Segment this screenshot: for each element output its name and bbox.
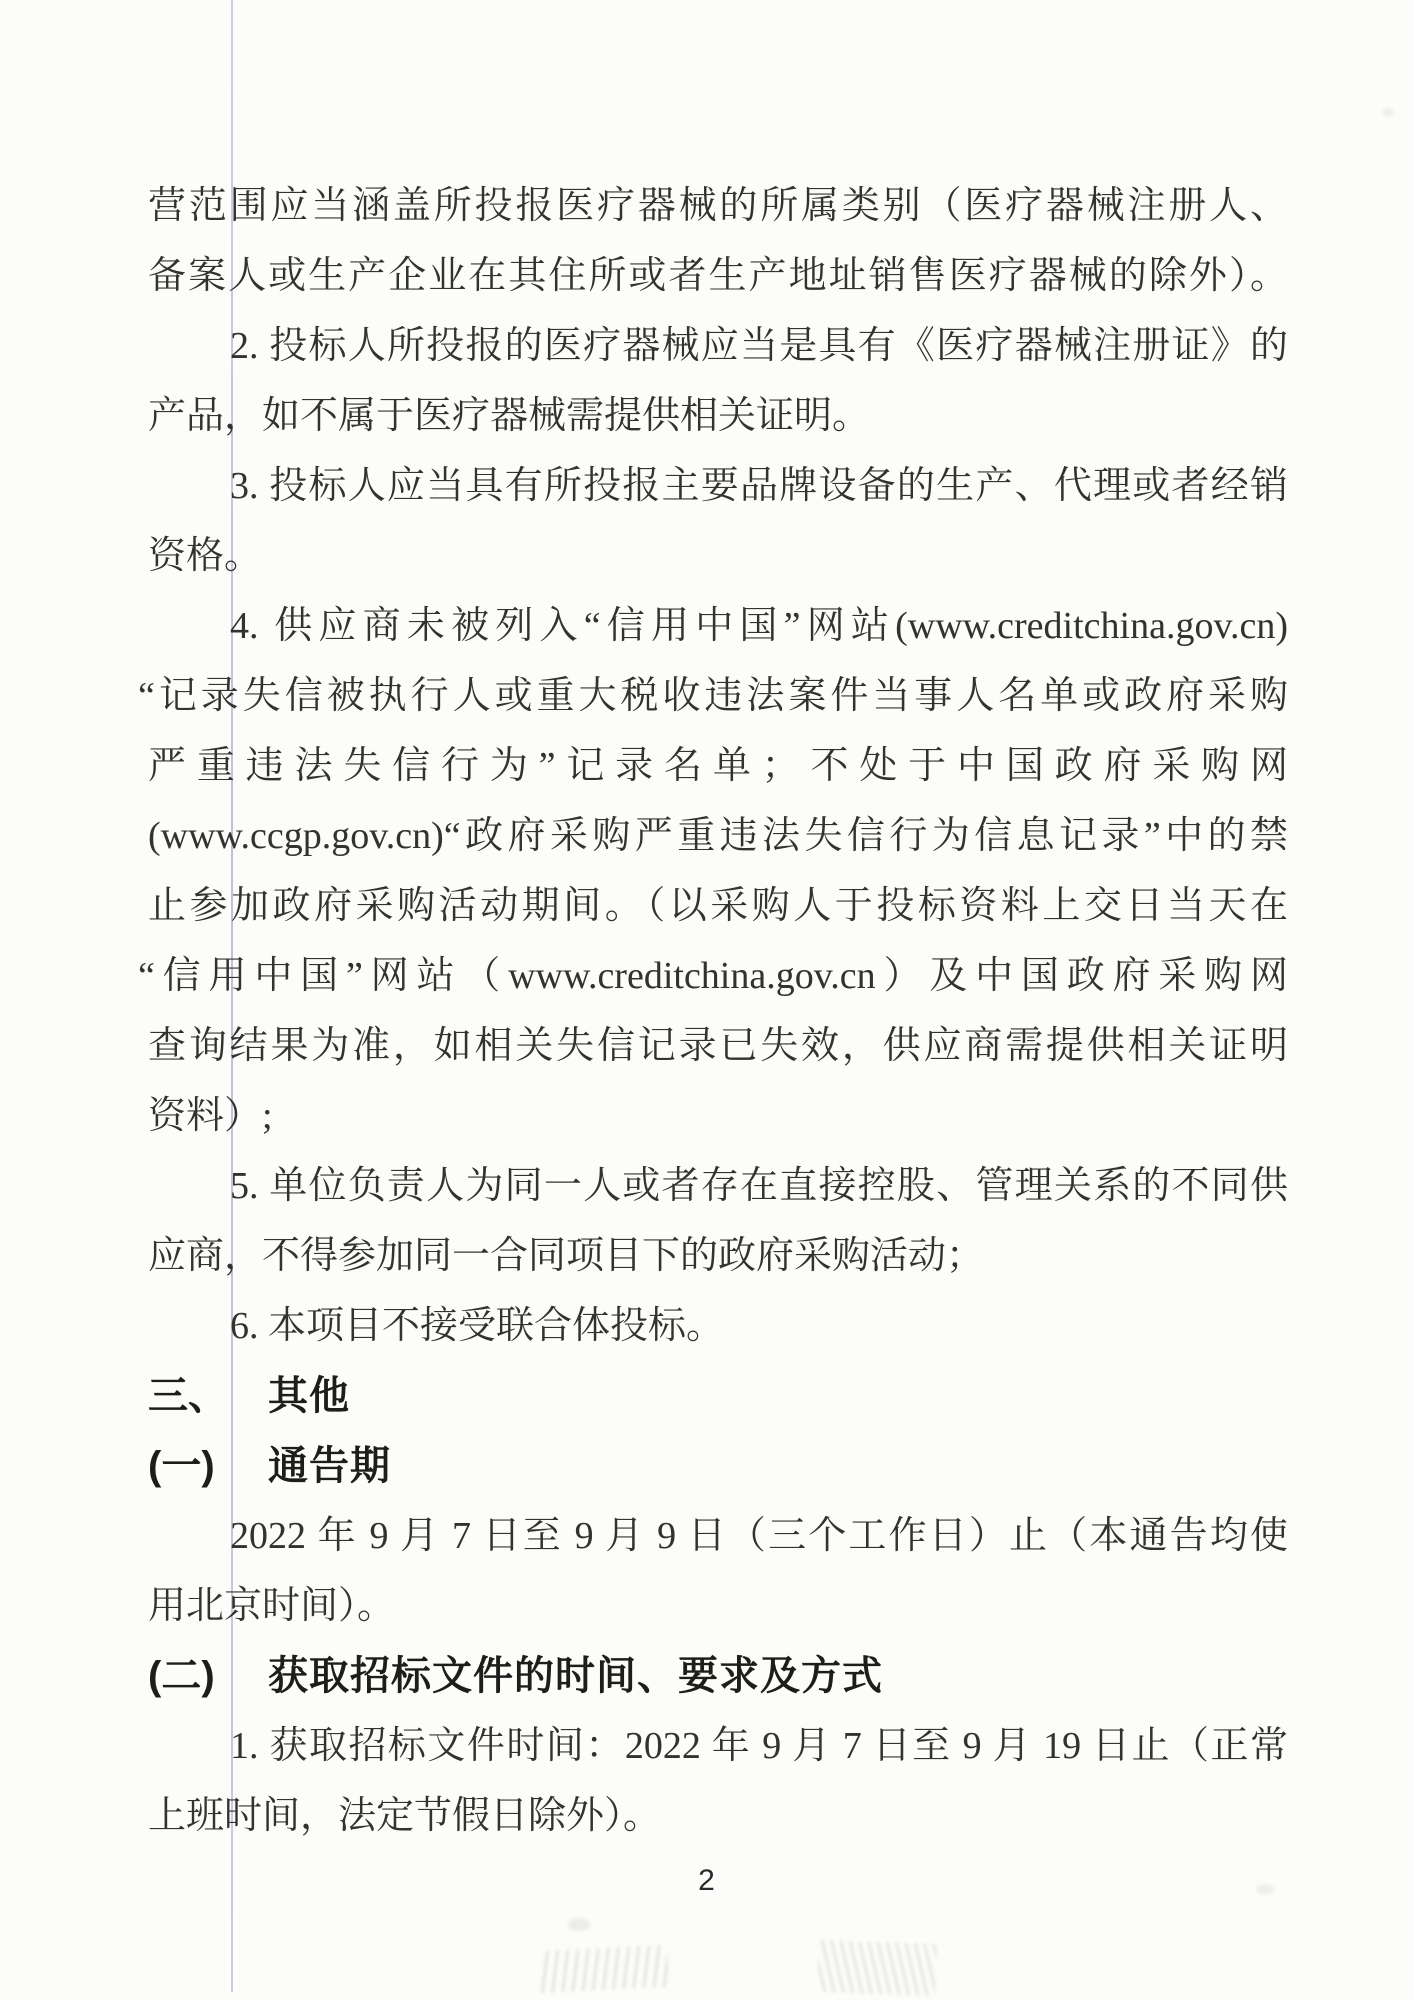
doc-line: 用北京时间）。 (148, 1571, 1288, 1641)
ink-bleed-mark (568, 1918, 590, 1931)
doc-line: 资料）; (148, 1081, 1288, 1151)
doc-line: 资格。 (148, 521, 1288, 591)
doc-line: (www.ccgp.gov.cn)“政府采购严重违法失信行为信息记录”中的禁 (148, 801, 1288, 871)
doc-line: 6. 本项目不接受联合体投标。 (230, 1291, 1288, 1361)
document-body: 营范围应当涵盖所投报医疗器械的所属类别（医疗器械注册人、 备案人或生产企业在其住… (0, 171, 1413, 1851)
ink-bleed-mark (1382, 108, 1394, 117)
page-number: 2 (0, 1866, 1413, 1896)
doc-line: 查询结果为准，如相关失信记录已失效，供应商需提供相关证明 (148, 1011, 1288, 1081)
doc-line: 上班时间，法定节假日除外）。 (148, 1781, 1288, 1851)
section-heading-obtain-documents: (二) 获取招标文件的时间、要求及方式 (148, 1641, 1288, 1711)
doc-line: 2022 年 9 月 7 日至 9 月 9 日（三个工作日）止（本通告均使 (230, 1501, 1288, 1571)
doc-line: 应商，不得参加同一合同项目下的政府采购活动； (148, 1221, 1288, 1291)
section-marker: (二) (148, 1641, 268, 1711)
doc-line: 营范围应当涵盖所投报医疗器械的所属类别（医疗器械注册人、 (148, 171, 1288, 241)
doc-line: 5. 单位负责人为同一人或者存在直接控股、管理关系的不同供 (230, 1151, 1288, 1221)
doc-line: “信用中国”网站（www.creditchina.gov.cn）及中国政府采购网 (138, 941, 1288, 1011)
section-title: 获取招标文件的时间、要求及方式 (268, 1641, 883, 1711)
section-heading-notice-period: (一) 通告期 (148, 1431, 1288, 1501)
document-page: 营范围应当涵盖所投报医疗器械的所属类别（医疗器械注册人、 备案人或生产企业在其住… (0, 0, 1413, 2000)
doc-line: 2. 投标人所投报的医疗器械应当是具有《医疗器械注册证》的 (230, 311, 1288, 381)
section-title: 其他 (268, 1361, 350, 1431)
ink-bleed-mark (539, 1945, 669, 1994)
doc-line: 3. 投标人应当具有所投报主要品牌设备的生产、代理或者经销 (230, 451, 1288, 521)
doc-line: 止参加政府采购活动期间。（以采购人于投标资料上交日当天在 (148, 871, 1288, 941)
doc-line: 备案人或生产企业在其住所或者生产地址销售医疗器械的除外）。 (148, 241, 1288, 311)
doc-line: 严重违法失信行为”记录名单；不处于中国政府采购网 (148, 731, 1288, 801)
section-marker: 三、 (148, 1361, 268, 1431)
doc-line: “记录失信被执行人或重大税收违法案件当事人名单或政府采购 (138, 661, 1288, 731)
doc-line: 4. 供应商未被列入“信用中国”网站(www.creditchina.gov.c… (230, 591, 1288, 661)
section-marker: (一) (148, 1431, 268, 1501)
doc-line: 1. 获取招标文件时间：2022 年 9 月 7 日至 9 月 19 日止（正常 (230, 1711, 1288, 1781)
ink-bleed-mark (1256, 1884, 1274, 1894)
section-title: 通告期 (268, 1431, 391, 1501)
ink-bleed-mark (817, 1940, 937, 1996)
section-heading-other: 三、 其他 (148, 1361, 1288, 1431)
doc-line: 产品，如不属于医疗器械需提供相关证明。 (148, 381, 1288, 451)
